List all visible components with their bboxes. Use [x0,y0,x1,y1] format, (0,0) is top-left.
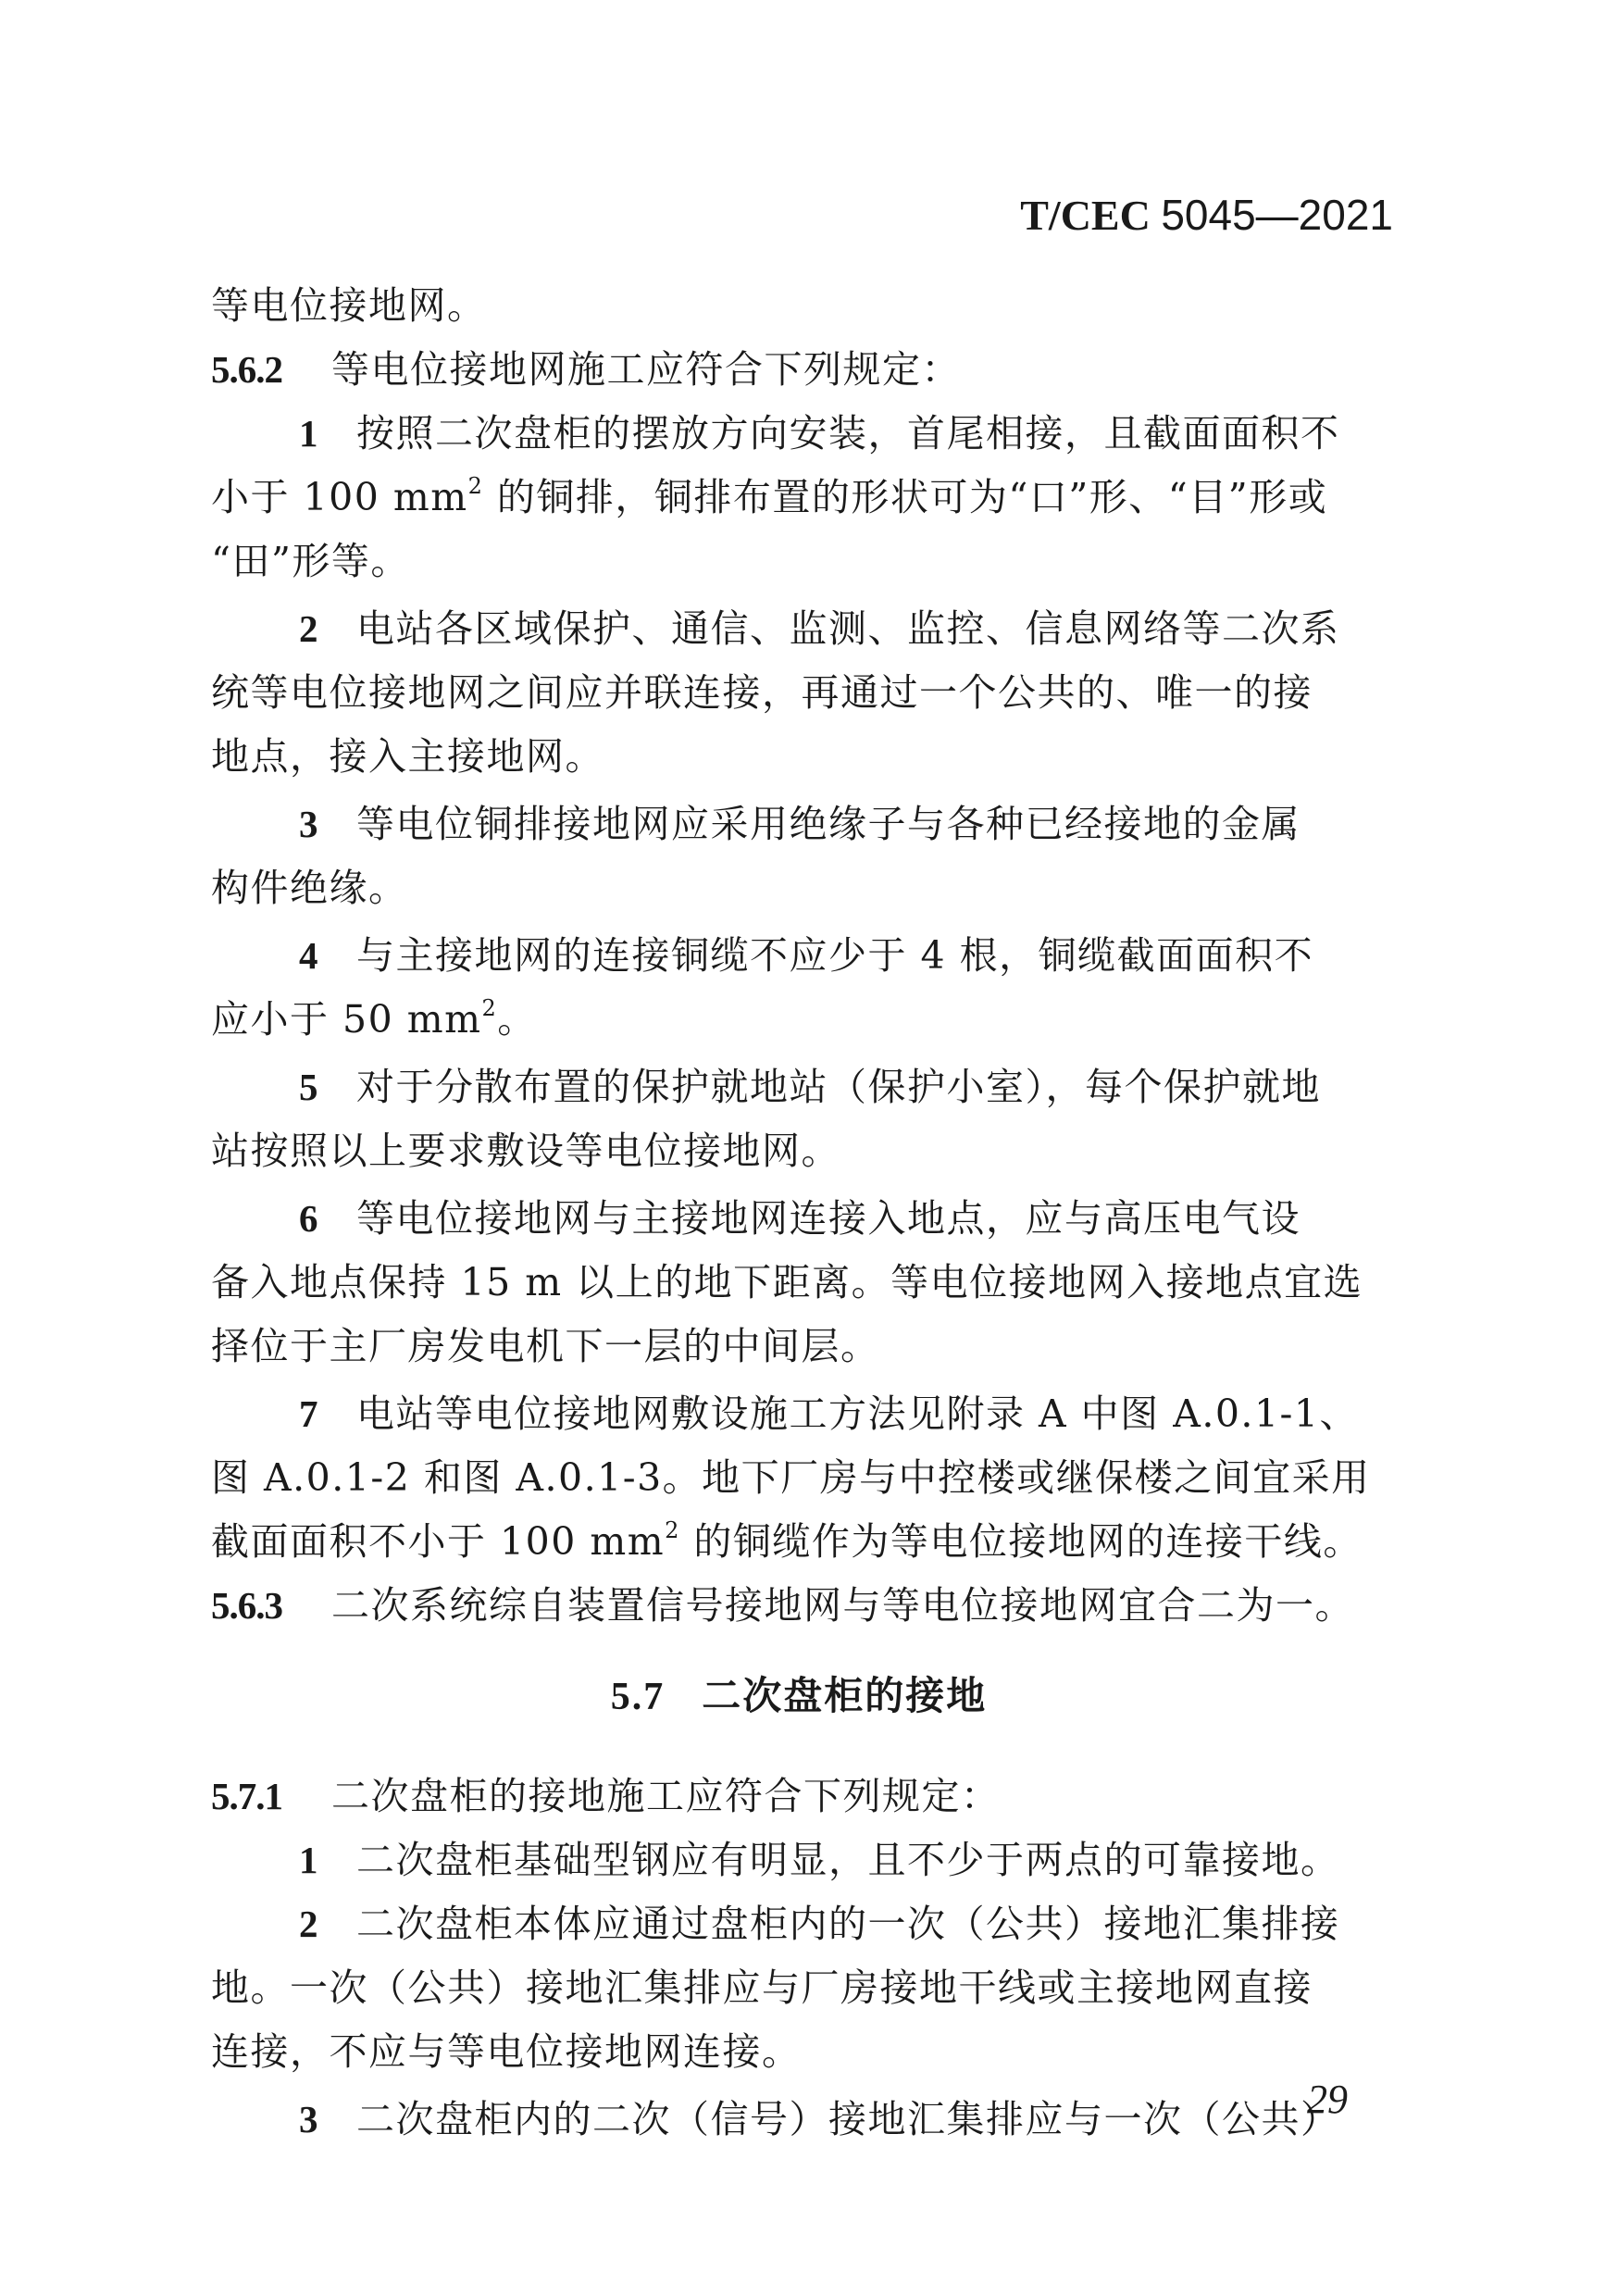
item-number: 3 [299,792,356,856]
item-text: 择位于主厂房发电机下一层的中间层。 [211,1315,1387,1379]
standard-prefix: T/CEC [1020,192,1151,239]
item-text: 电站各区域保护、通信、监测、监控、信息网络等二次系 [356,606,1340,651]
list-item: 3二次盘柜内的二次（信号）接地汇集排应与一次（公共） [211,2088,1387,2152]
superscript: 2 [468,473,484,499]
standard-code-header: T/CEC 5045—2021 [1020,190,1393,240]
item-number: 2 [299,1892,356,1956]
item-text: 小于 100 mm [211,475,468,519]
item-text: 构件绝缘。 [211,856,1387,920]
section-title: 二次盘柜的接地 [702,1673,987,1718]
item-number: 1 [299,402,356,466]
superscript: 2 [482,995,498,1021]
item-text: 截面面积不小于 100 mm [211,1519,665,1564]
clause-number: 5.7.1 [211,1765,331,1828]
list-item: 3等电位铜排接地网应采用绝缘子与各种已经接地的金属 构件绝缘。 [211,792,1387,920]
clause-title: 等电位接地网施工应符合下列规定： [331,347,961,392]
list-item: 7电站等电位接地网敷设施工方法见附录 A 中图 A.0.1-1、 图 A.0.1… [211,1382,1387,1574]
item-text: 二次盘柜基础型钢应有明显，且不少于两点的可靠接地。 [356,1838,1340,1882]
page-number: 29 [1307,2076,1348,2123]
clause-title: 二次盘柜的接地施工应符合下列规定： [331,1774,1001,1818]
item-number: 7 [299,1382,356,1446]
list-item: 2二次盘柜本体应通过盘柜内的一次（公共）接地汇集排接 地。一次（公共）接地汇集排… [211,1892,1387,2084]
item-text: 备入地点保持 15 m 以上的地下距离。等电位接地网入接地点宜选 [211,1251,1387,1315]
item-text: 等电位接地网与主接地网连接入地点，应与高压电气设 [356,1196,1301,1241]
item-text: 地。一次（公共）接地汇集排应与厂房接地干线或主接地网直接 [211,1956,1387,2020]
item-text: 的铜缆作为等电位接地网的连接干线。 [680,1519,1363,1564]
list-item: 1按照二次盘柜的摆放方向安装，首尾相接，且截面面积不 小于 100 mm2 的铜… [211,402,1387,593]
superscript: 2 [665,1517,680,1543]
item-number: 1 [299,1828,356,1892]
item-text: 连接，不应与等电位接地网连接。 [211,2020,1387,2084]
clause-text: 二次系统综自装置信号接地网与等电位接地网宜合二为一。 [331,1583,1354,1628]
item-number: 2 [299,597,356,661]
clause-5-7-1-heading: 5.7.1二次盘柜的接地施工应符合下列规定： [211,1765,1387,1828]
item-text: “田”形等。 [211,530,1387,593]
clause-5-6-3: 5.6.3二次系统综自装置信号接地网与等电位接地网宜合二为一。 [211,1574,1387,1638]
list-item: 5对于分散布置的保护就地站（保护小室），每个保护就地 站按照以上要求敷设等电位接… [211,1055,1387,1183]
list-item: 4与主接地网的连接铜缆不应少于 4 根，铜缆截面面积不 应小于 50 mm2。 [211,924,1387,1052]
item-text: 图 A.0.1-2 和图 A.0.1-3。地下厂房与中控楼或继保楼之间宜采用 [211,1446,1387,1510]
item-text: 按照二次盘柜的摆放方向安装，首尾相接，且截面面积不 [356,411,1340,455]
clause-5-6-2-heading: 5.6.2等电位接地网施工应符合下列规定： [211,338,1387,402]
list-item: 2电站各区域保护、通信、监测、监控、信息网络等二次系 统等电位接地网之间应并联连… [211,597,1387,789]
item-text: 对于分散布置的保护就地站（保护小室），每个保护就地 [356,1065,1321,1109]
section-number: 5.7 [611,1676,666,1718]
item-text: 统等电位接地网之间应并联连接，再通过一个公共的、唯一的接 [211,661,1387,725]
list-item: 1二次盘柜基础型钢应有明显，且不少于两点的可靠接地。 [211,1828,1387,1892]
section-heading-5-7: 5.7二次盘柜的接地 [211,1664,1387,1728]
item-text: 等电位铜排接地网应采用绝缘子与各种已经接地的金属 [356,802,1301,846]
item-text: 二次盘柜内的二次（信号）接地汇集排应与一次（公共） [356,2097,1340,2141]
clause-number: 5.6.3 [211,1574,331,1638]
item-number: 6 [299,1187,356,1251]
item-number: 3 [299,2088,356,2152]
item-number: 5 [299,1055,356,1119]
item-text: 二次盘柜本体应通过盘柜内的一次（公共）接地汇集排接 [356,1902,1340,1946]
item-text: 的铜排，铜排布置的形状可为“口”形、“目”形或 [483,475,1327,519]
clause-number: 5.6.2 [211,338,331,402]
item-text: 地点，接入主接地网。 [211,725,1387,789]
item-text: 应小于 50 mm [211,997,482,1042]
document-body: 等电位接地网。 5.6.2等电位接地网施工应符合下列规定： 1按照二次盘柜的摆放… [211,274,1387,2152]
standard-number: 5045—2021 [1161,191,1393,239]
continuation-text: 等电位接地网。 [211,274,1387,338]
item-text: 。 [497,997,537,1042]
item-text: 与主接地网的连接铜缆不应少于 4 根，铜缆截面面积不 [356,933,1313,978]
list-item: 6等电位接地网与主接地网连接入地点，应与高压电气设 备入地点保持 15 m 以上… [211,1187,1387,1379]
item-text: 电站等电位接地网敷设施工方法见附录 A 中图 A.0.1-1、 [356,1391,1359,1436]
item-number: 4 [299,924,356,988]
item-text: 站按照以上要求敷设等电位接地网。 [211,1119,1387,1183]
